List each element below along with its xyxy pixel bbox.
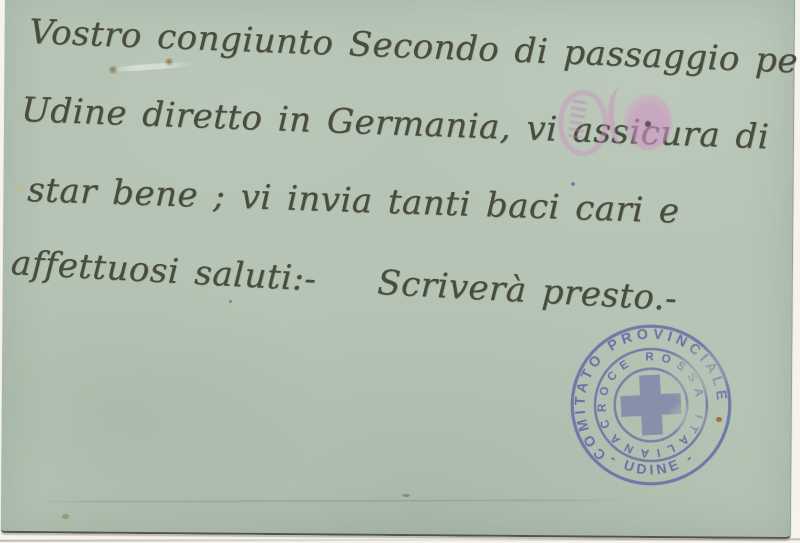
stain-speck xyxy=(402,494,410,497)
red-cross-committee-stamp: COMITATO PROVINCIALE - UDINE - CROCE ROS… xyxy=(562,316,741,495)
stain-speck xyxy=(62,514,69,519)
scan-background: Vostro congiunto Secondo di passaggio pe… xyxy=(0,0,800,543)
stain-speck xyxy=(229,300,232,303)
stain-speck xyxy=(14,186,23,192)
paper-dent xyxy=(108,66,119,74)
stain-speck xyxy=(571,182,575,186)
censor-mark xyxy=(556,86,674,156)
stain-speck xyxy=(716,417,722,422)
paper-dent xyxy=(165,58,174,66)
scanner-edge-line xyxy=(0,538,800,541)
ink-dot xyxy=(645,121,651,127)
